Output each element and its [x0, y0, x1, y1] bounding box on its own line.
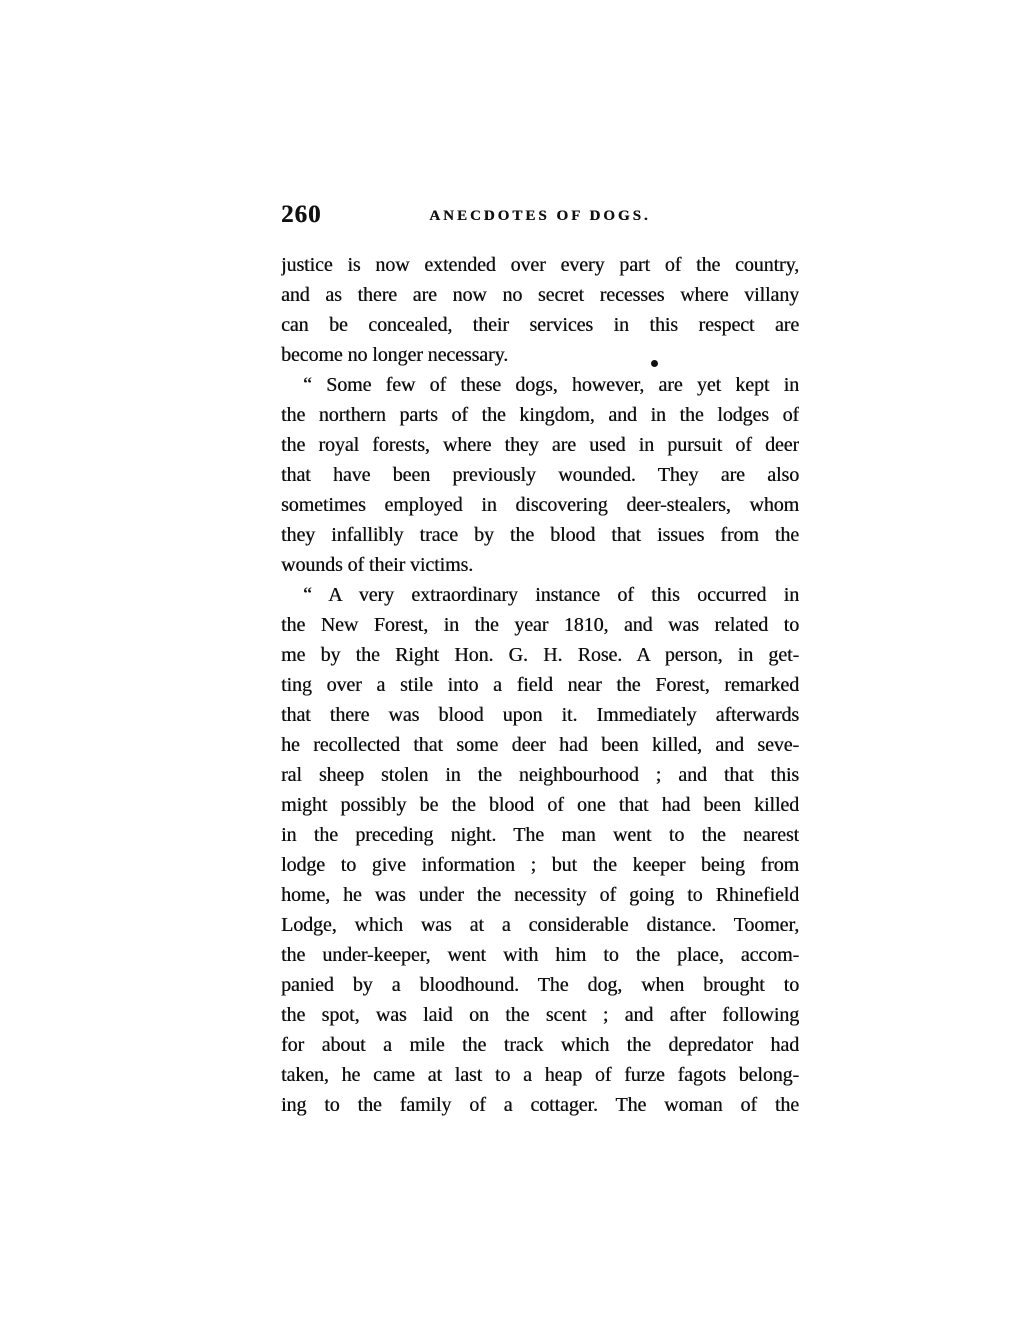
- text-line: the northern parts of the kingdom, and i…: [281, 400, 799, 430]
- ink-dot-artifact: [651, 360, 658, 367]
- text-line: “ Some few of these dogs, however, are y…: [281, 370, 799, 400]
- text-line: he recollected that some deer had been k…: [281, 730, 799, 760]
- text-line: in the preceding night. The man went to …: [281, 820, 799, 850]
- paragraph: justice is now extended over every part …: [281, 250, 799, 370]
- text-line: the royal forests, where they are used i…: [281, 430, 799, 460]
- text-block: justice is now extended over every part …: [281, 250, 799, 1120]
- text-line: “ A very extraordinary instance of this …: [281, 580, 799, 610]
- running-title: ANECDOTES OF DOGS.: [281, 208, 799, 225]
- text-line: ting over a stile into a field near the …: [281, 670, 799, 700]
- text-line: can be concealed, their services in this…: [281, 310, 799, 340]
- text-line: and as there are now no secret recesses …: [281, 280, 799, 310]
- text-line: sometimes employed in discovering deer-s…: [281, 490, 799, 520]
- text-line: ral sheep stolen in the neighbourhood ; …: [281, 760, 799, 790]
- book-page: 260 ANECDOTES OF DOGS. justice is now ex…: [0, 0, 1033, 1339]
- text-line: lodge to give information ; but the keep…: [281, 850, 799, 880]
- text-line: me by the Right Hon. G. H. Rose. A perso…: [281, 640, 799, 670]
- page-header: 260 ANECDOTES OF DOGS.: [281, 201, 799, 231]
- text-line: home, he was under the necessity of goin…: [281, 880, 799, 910]
- text-line: they infallibly trace by the blood that …: [281, 520, 799, 550]
- text-line: panied by a bloodhound. The dog, when br…: [281, 970, 799, 1000]
- text-line: the spot, was laid on the scent ; and af…: [281, 1000, 799, 1030]
- text-line: the under-keeper, went with him to the p…: [281, 940, 799, 970]
- text-line: taken, he came at last to a heap of furz…: [281, 1060, 799, 1090]
- text-line: justice is now extended over every part …: [281, 250, 799, 280]
- text-line: for about a mile the track which the dep…: [281, 1030, 799, 1060]
- text-line: ing to the family of a cottager. The wom…: [281, 1090, 799, 1120]
- text-line: Lodge, which was at a considerable dista…: [281, 910, 799, 940]
- text-line: might possibly be the blood of one that …: [281, 790, 799, 820]
- text-line: the New Forest, in the year 1810, and wa…: [281, 610, 799, 640]
- text-line: that have been previously wounded. They …: [281, 460, 799, 490]
- text-line: that there was blood upon it. Immediatel…: [281, 700, 799, 730]
- paragraph: “ Some few of these dogs, however, are y…: [281, 370, 799, 580]
- text-line: wounds of their victims.: [281, 550, 799, 580]
- text-line: become no longer necessary.: [281, 340, 799, 370]
- paragraph: “ A very extraordinary instance of this …: [281, 580, 799, 1120]
